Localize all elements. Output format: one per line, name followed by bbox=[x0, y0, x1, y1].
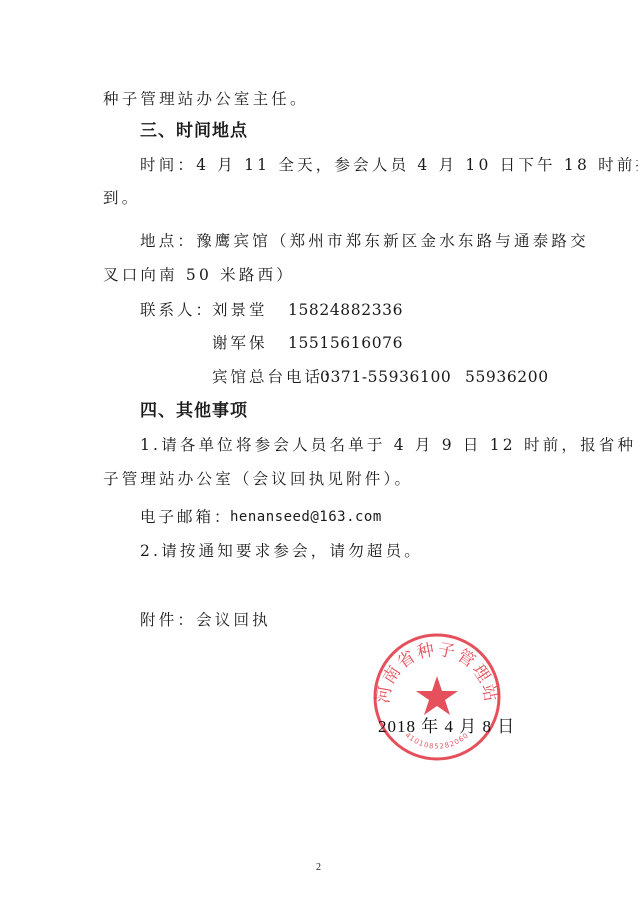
time-line-2: 到。 bbox=[103, 188, 559, 208]
hotel-phone-2: 55936200 bbox=[465, 367, 549, 387]
item1-line-1: 1.请各单位将参会人员名单于 4 月 9 日 12 时前，报省种 bbox=[140, 435, 596, 455]
official-seal-icon: 河南省种子管理站 4101085282060 bbox=[372, 632, 502, 762]
place-line-2: 叉口向南 50 米路西） bbox=[103, 265, 559, 285]
document-date: 2018 年 4 月 8 日 bbox=[378, 712, 515, 737]
document-page: 种子管理站办公室主任。 三、时间地点 时间：4 月 11 全天，参会人员 4 月… bbox=[0, 0, 638, 900]
item1-line-2: 子管理站办公室（会议回执见附件）。 bbox=[103, 469, 559, 489]
contact-phone-2: 15515616076 bbox=[288, 333, 403, 353]
contact-phone-1: 15824882336 bbox=[288, 300, 403, 320]
email-address[interactable]: henanseed@163.com bbox=[230, 507, 382, 527]
place-line-1: 地点：豫鹰宾馆（郑州市郑东新区金水东路与通泰路交 bbox=[140, 231, 596, 251]
time-line-1: 时间：4 月 11 全天，参会人员 4 月 10 日下午 18 时前报 bbox=[140, 155, 596, 175]
page-number: 2 bbox=[316, 862, 321, 873]
contacts-label: 联系人： bbox=[140, 300, 214, 320]
attachment-line: 附件：会议回执 bbox=[140, 610, 596, 630]
contact-name-2: 谢军保 bbox=[212, 333, 268, 353]
hotel-phone-1: 0371-55936100 bbox=[320, 367, 451, 387]
continuation-line: 种子管理站办公室主任。 bbox=[103, 89, 559, 109]
email-label: 电子邮箱： bbox=[140, 507, 233, 527]
section-heading-time-place: 三、时间地点 bbox=[140, 121, 596, 141]
section-heading-other-matters: 四、其他事项 bbox=[140, 401, 596, 421]
item2-line: 2.请按通知要求参会，请勿超员。 bbox=[140, 541, 596, 561]
contact-name-1: 刘景堂 bbox=[212, 300, 268, 320]
